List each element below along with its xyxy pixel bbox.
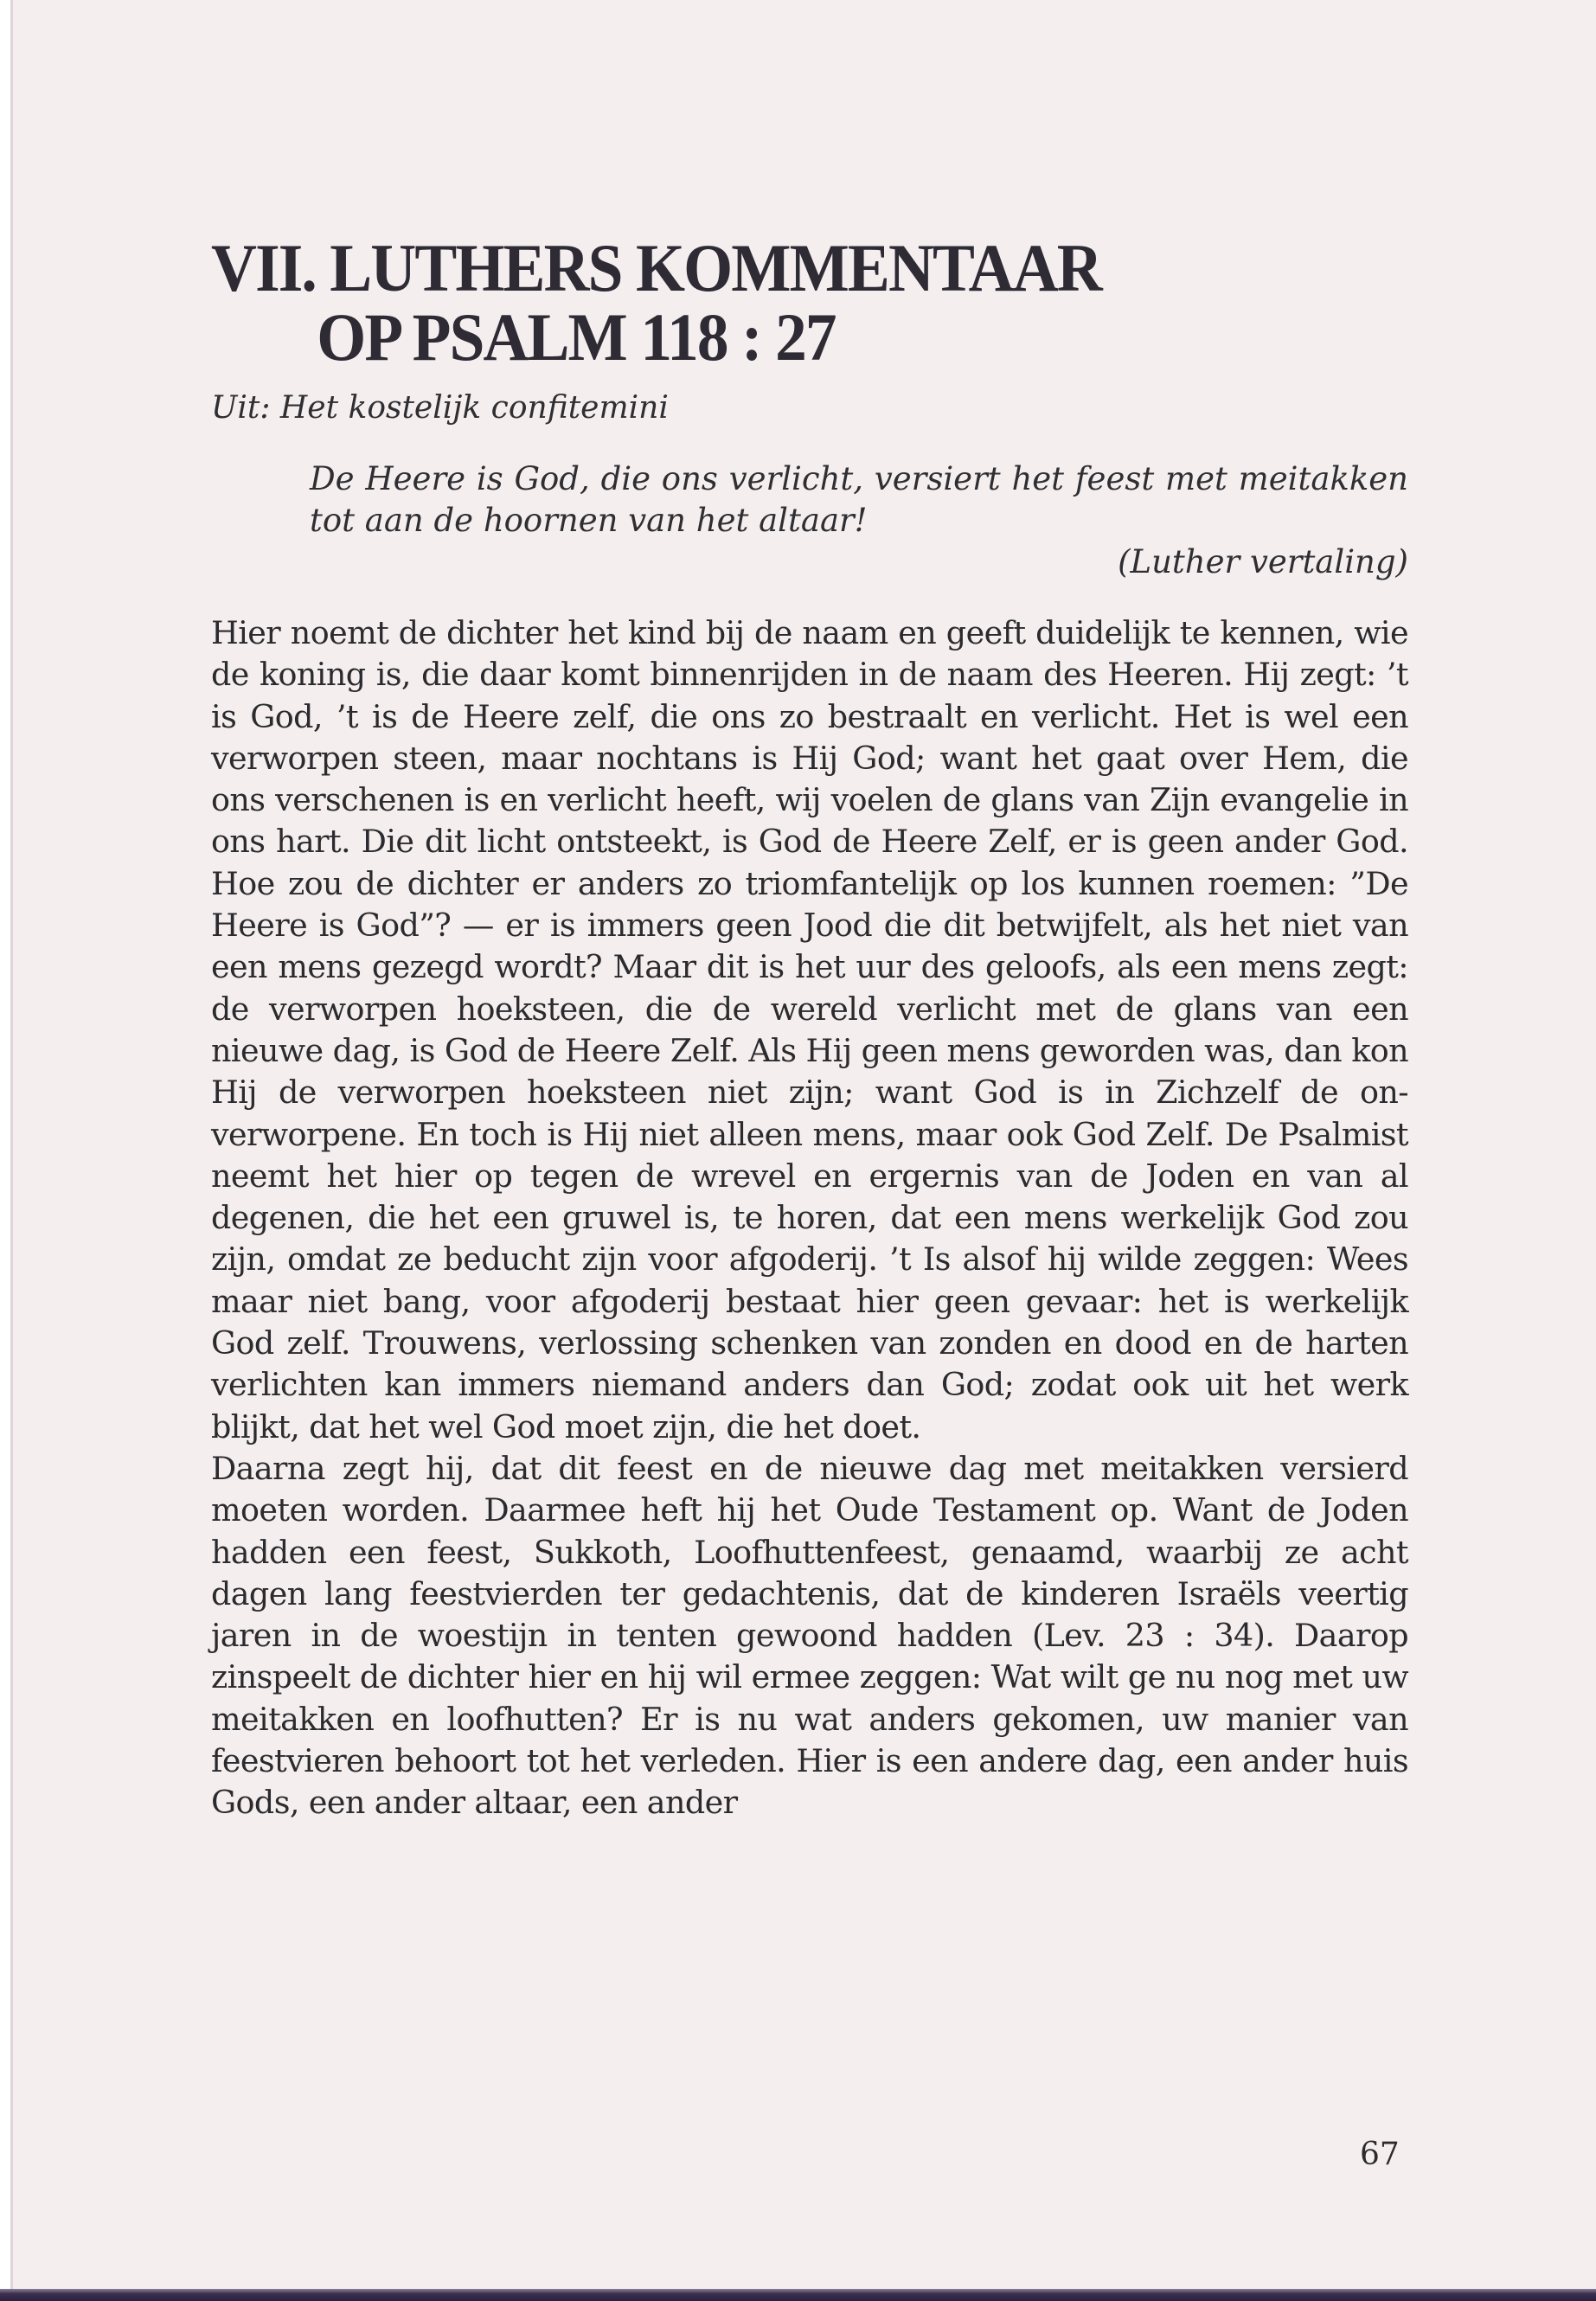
page-number: 67 (1360, 2137, 1400, 2172)
body-text: Hier noemt de dichter het kind bij de na… (211, 612, 1408, 1824)
chapter-title-line-1: VII. LUTHERS KOMMENTAAR (211, 234, 1336, 303)
epigraph-text: De Heere is God, die ons verlicht, versi… (310, 458, 1408, 542)
page-left-edge (0, 0, 13, 2301)
paragraph-1: Hier noemt de dichter het kind bij de na… (211, 612, 1408, 1448)
paragraph-2: Daarna zegt hij, dat dit feest en de nie… (211, 1448, 1408, 1824)
epigraph-attribution: (Luther vertaling) (310, 542, 1408, 583)
chapter-source: Uit: Het kostelijk confitemini (211, 389, 1408, 427)
page-content: VII. LUTHERS KOMMENTAAR OP PSALM 118 : 2… (211, 234, 1408, 1824)
epigraph-block: De Heere is God, die ons verlicht, versi… (310, 458, 1408, 583)
chapter-title-line-2: OP PSALM 118 : 27 (211, 303, 1336, 372)
chapter-title: VII. LUTHERS KOMMENTAAR OP PSALM 118 : 2… (211, 234, 1336, 372)
page-bottom-edge (0, 2289, 1596, 2301)
